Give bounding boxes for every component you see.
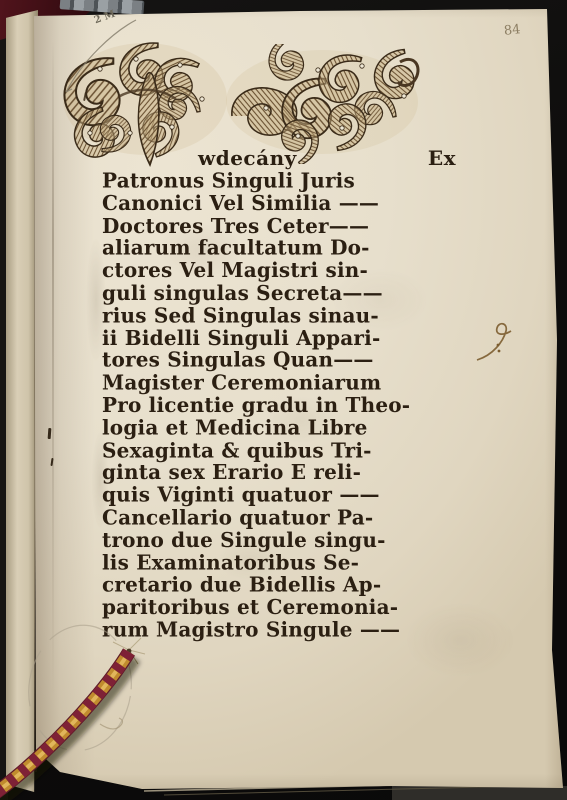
margin-flourish-mark <box>473 320 525 366</box>
manuscript-text-line: quis Viginti quatuor —— <box>102 484 474 506</box>
manuscript-text-line: Sexaginta & quibus Tri- <box>102 439 474 461</box>
manuscript-text-line: tores Singulas Quan—— <box>102 350 474 372</box>
manuscript-text-line: guli singulas Secreta—— <box>102 282 474 304</box>
text-lines: Patronus Singuli JurisCanonici Vel Simil… <box>102 170 474 641</box>
heading-word: wdecány <box>198 146 297 170</box>
manuscript-text-line: aliarum facultatum Do- <box>102 237 474 259</box>
bookmark-cord <box>0 628 168 800</box>
manuscript-text-line: trono due Singule singu- <box>102 529 474 551</box>
manuscript-text-line: Patronus Singuli Juris <box>102 170 474 192</box>
heading-word-right: Ex <box>428 146 456 170</box>
manuscript-text-line: cretario due Bidellis Ap- <box>102 574 474 596</box>
manuscript-text-line: Canonici Vel Similia —— <box>102 192 474 214</box>
manuscript-photo: wdecány Ex Patronus Singuli JurisCanonic… <box>0 0 567 800</box>
manuscript-text-line: Magister Ceremoniarum <box>102 372 474 394</box>
manuscript-text-line: Cancellario quatuor Pa- <box>102 507 474 529</box>
manuscript-text-line: logia et Medicina Libre <box>102 417 474 439</box>
folio-number: 84 <box>503 22 521 39</box>
heading-line: wdecány Ex <box>102 146 458 170</box>
manuscript-text-line: Doctores Tres Ceter—— <box>102 215 474 237</box>
pencil-flourish-line <box>58 10 143 102</box>
manuscript-text-line: ctores Vel Magistri sin- <box>102 260 474 282</box>
manuscript-text-line: Pro licentie gradu in Theo- <box>102 395 474 417</box>
manuscript-text-line: rius Sed Singulas sinau- <box>102 305 474 327</box>
manuscript-text-line: ii Bidelli Singuli Appari- <box>102 327 474 349</box>
manuscript-text-line: paritoribus et Ceremonia- <box>102 597 474 619</box>
parchment-crease <box>52 40 54 700</box>
manuscript-text-line: ginta sex Erario E reli- <box>102 462 474 484</box>
manuscript-text-line: lis Examinatoribus Se- <box>102 552 474 574</box>
